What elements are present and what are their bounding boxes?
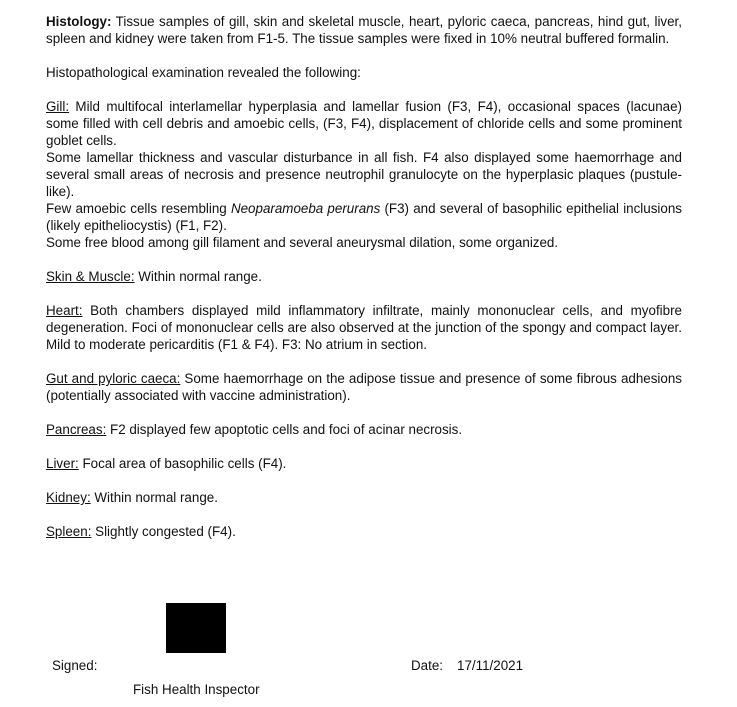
gill-paragraph-3: Few amoebic cells resembling Neoparamoeb…: [46, 200, 682, 234]
heart-label: Heart:: [46, 303, 82, 318]
gill-label: Gill:: [46, 99, 69, 114]
skin-label: Skin & Muscle:: [46, 269, 135, 284]
inspector-role: Fish Health Inspector: [133, 681, 260, 698]
gut-paragraph: Gut and pyloric caeca: Some haemorrhage …: [46, 370, 682, 404]
gut-label: Gut and pyloric caeca:: [46, 371, 180, 386]
spleen-paragraph: Spleen: Slightly congested (F4).: [46, 523, 682, 540]
skin-paragraph: Skin & Muscle: Within normal range.: [46, 268, 682, 285]
report-body: Histology: Tissue samples of gill, skin …: [46, 13, 682, 540]
pancreas-paragraph: Pancreas: F2 displayed few apoptotic cel…: [46, 421, 682, 438]
species-name: Neoparamoeba perurans: [231, 201, 380, 216]
spleen-label: Spleen:: [46, 524, 91, 539]
gill-paragraph-4: Some free blood among gill filament and …: [46, 234, 682, 251]
kidney-paragraph: Kidney: Within normal range.: [46, 489, 682, 506]
heart-paragraph: Heart: Both chambers displayed mild infl…: [46, 302, 682, 353]
gill-paragraph: Gill: Mild multifocal interlamellar hype…: [46, 98, 682, 149]
pancreas-label: Pancreas:: [46, 422, 106, 437]
date-label: Date:: [411, 658, 443, 673]
signed-label: Signed:: [52, 657, 97, 674]
gill-paragraph-2: Some lamellar thickness and vascular dis…: [46, 149, 682, 200]
redacted-signature: [166, 603, 226, 653]
liver-label: Liver:: [46, 456, 79, 471]
histology-label: Histology:: [46, 14, 111, 29]
date-value: 17/11/2021: [457, 658, 523, 673]
liver-paragraph: Liver: Focal area of basophilic cells (F…: [46, 455, 682, 472]
histology-paragraph: Histology: Tissue samples of gill, skin …: [46, 13, 682, 47]
kidney-label: Kidney:: [46, 490, 91, 505]
date-field: Date:17/11/2021: [411, 657, 523, 674]
intro-text: Histopathological examination revealed t…: [46, 64, 682, 81]
